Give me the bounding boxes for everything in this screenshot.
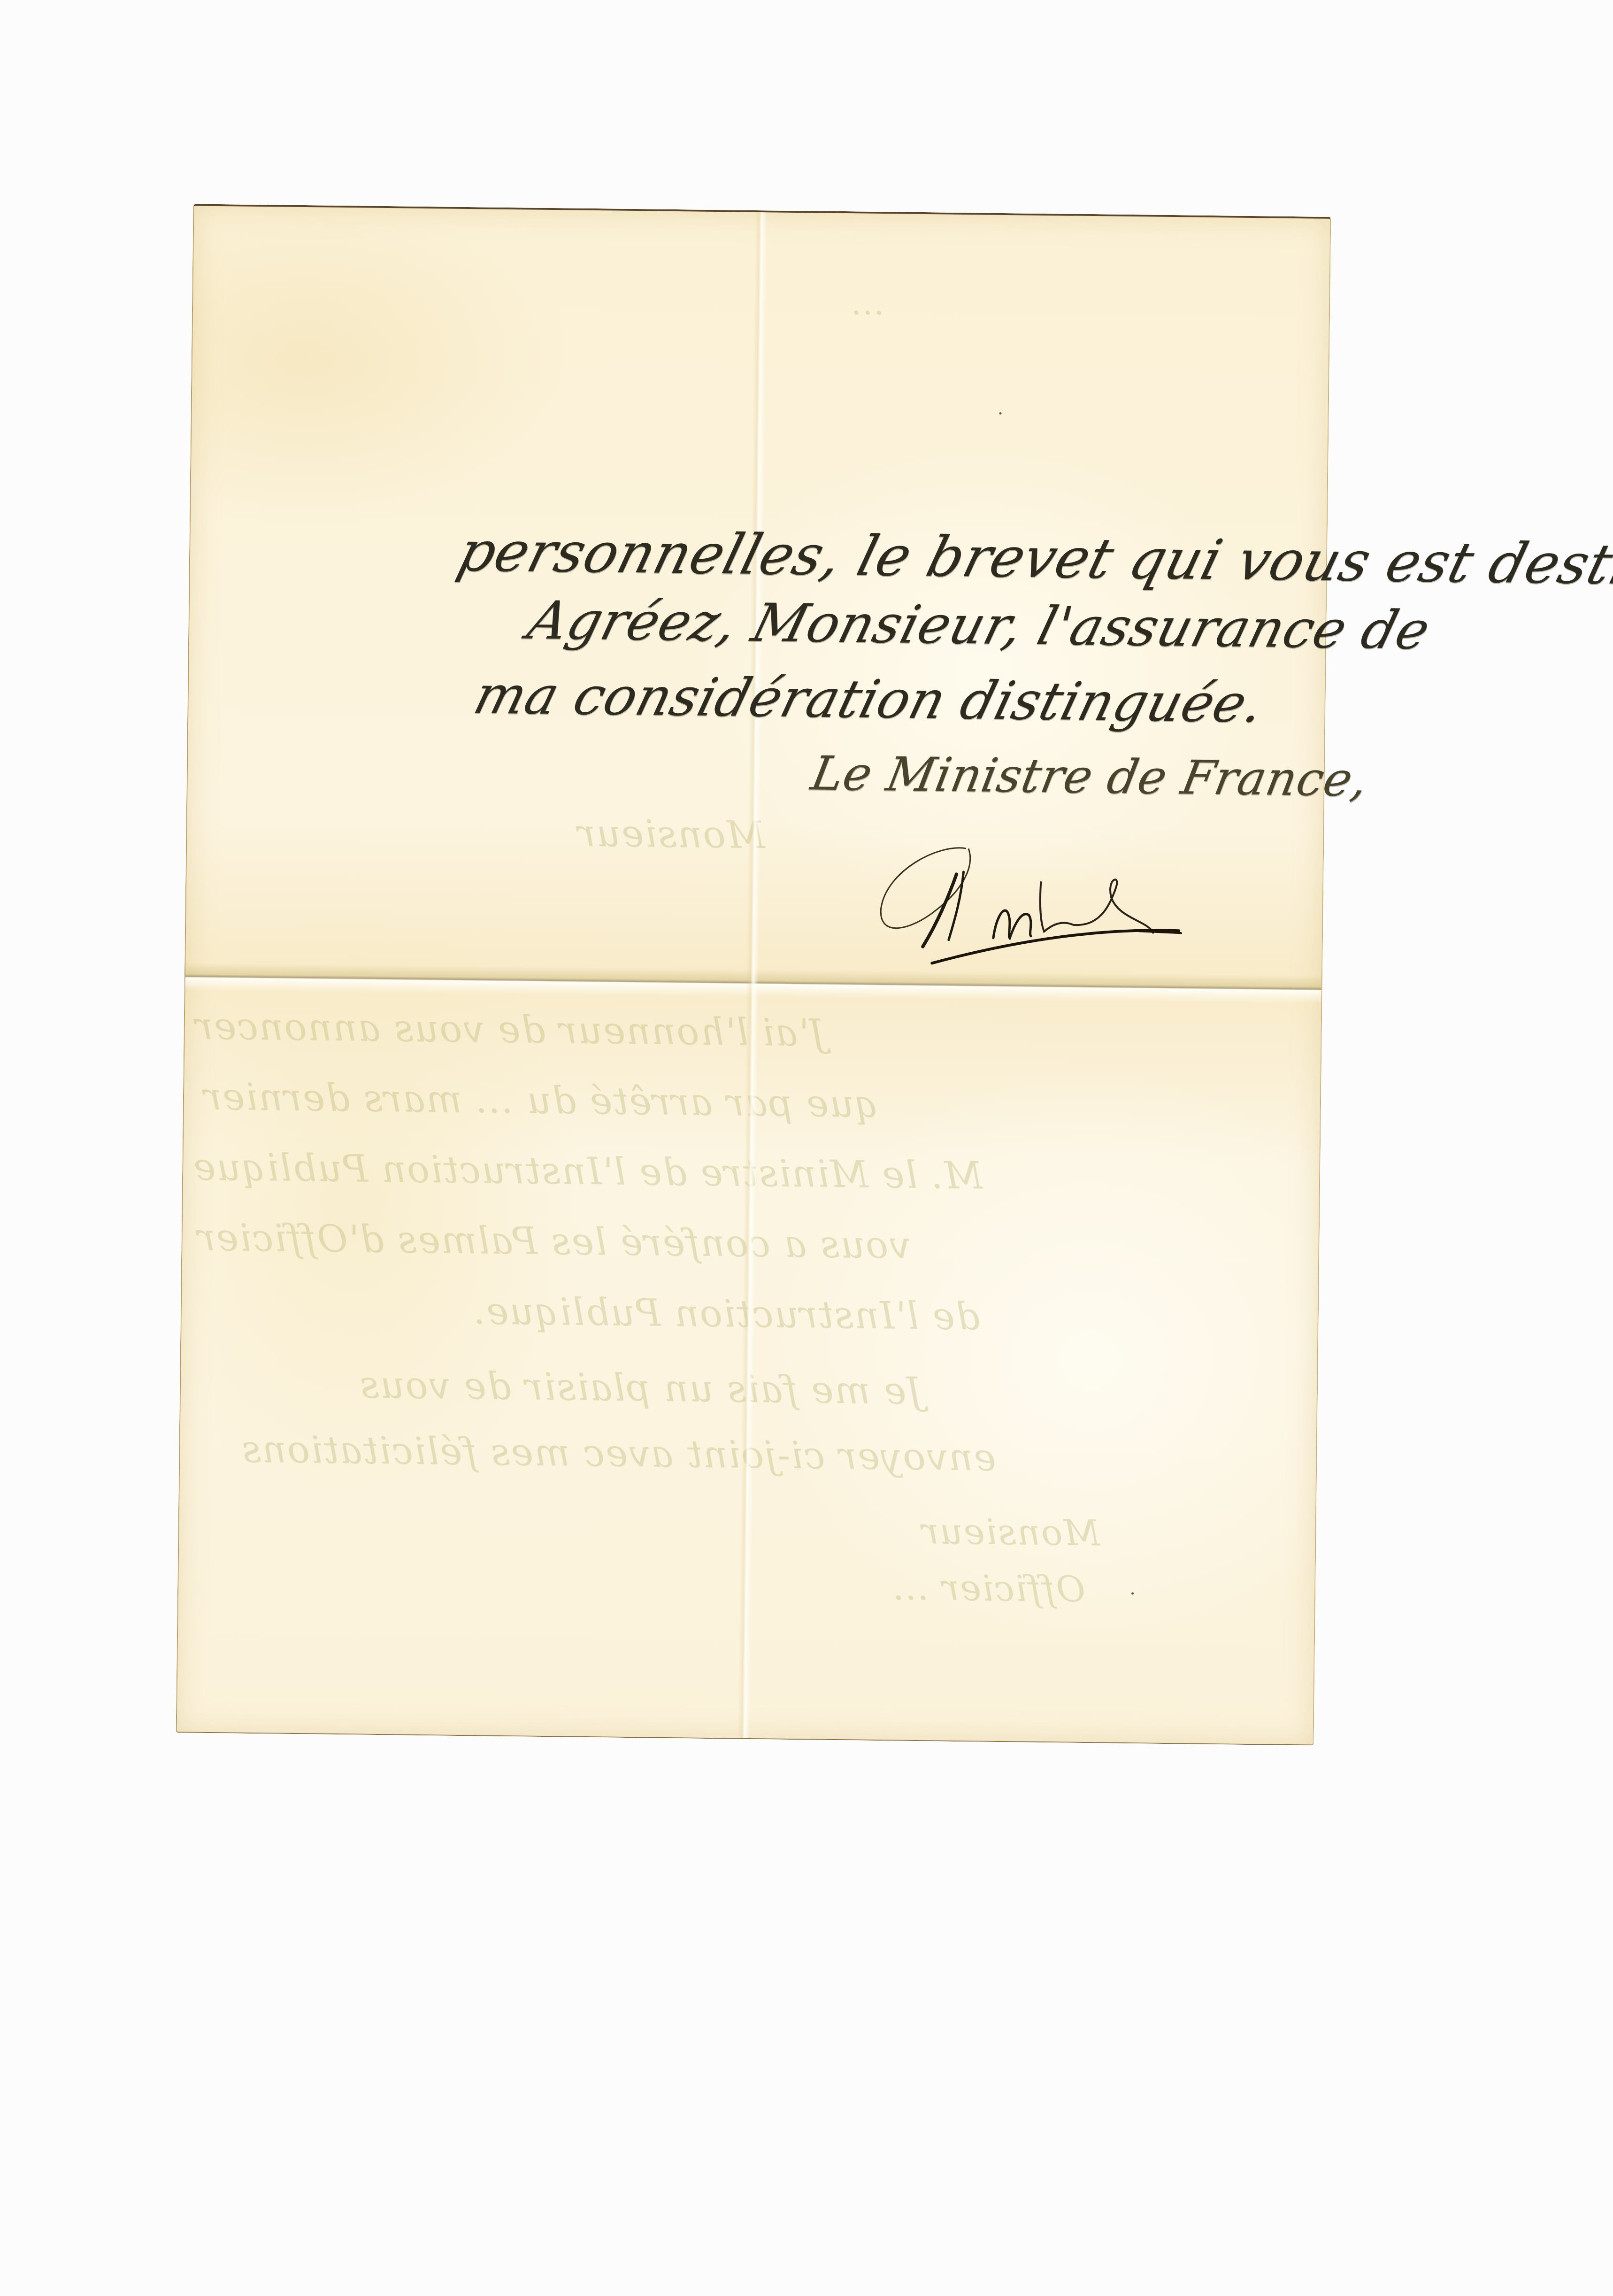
bleed-through-header: ... (850, 284, 885, 323)
signature-icon (866, 829, 1224, 974)
bleed-through-line: vous a conféré les Palmes d'Officier (196, 1216, 911, 1267)
bleed-through-line: J'ai l'honneur de vous annoncer (194, 1004, 825, 1055)
paper-speck (1131, 1592, 1134, 1595)
bleed-through-line: envoyer ci-joint avec mes félicitations (241, 1427, 996, 1479)
bleed-through-line: que par arrêté du ... mars dernier (202, 1075, 879, 1126)
letter-line-3-closing: ma considération distinguée. (468, 664, 1271, 734)
letter-line-2-closing: Agréez, Monsieur, l'assurance de (522, 590, 1437, 661)
paper-speck (999, 412, 1002, 415)
bleed-through-line: Je me fais un plaisir de vous (359, 1363, 923, 1413)
bleed-through-line: de l'Instruction Publique. (472, 1289, 980, 1338)
signatory-title: Le Ministre de France, (807, 746, 1373, 807)
letter-line-1: personnelles, le brevet qui vous est des… (452, 519, 1613, 598)
bleed-through-closing: Officier ... (892, 1566, 1086, 1610)
bleed-through-closing: Monsieur (921, 1510, 1100, 1554)
letter-sheet: ... Monsieur J'ai l'honneur de vous anno… (176, 204, 1331, 1745)
bleed-through-salutation: Monsieur (576, 811, 765, 857)
bleed-through-line: M. le Ministre de l'Instruction Publique (192, 1145, 983, 1197)
